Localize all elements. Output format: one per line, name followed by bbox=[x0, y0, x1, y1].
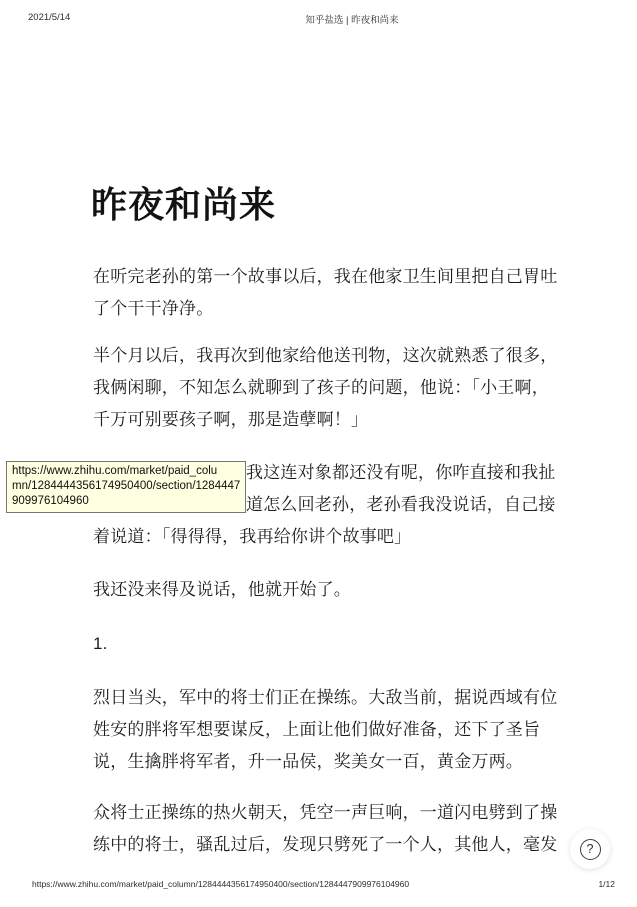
paragraph-line: 着说道：「得得得，我再给你讲个故事吧」 bbox=[93, 521, 556, 553]
paragraph-1: 在听完老孙的第一个故事以后，我在他家卫生间里把自己胃吐 了个干干净净。 bbox=[93, 261, 557, 325]
paragraph-line: 千万可别要孩子啊，那是造孽啊！」 bbox=[93, 404, 557, 436]
section-number: 1. bbox=[93, 628, 108, 660]
question-mark-icon: ? bbox=[580, 839, 601, 860]
paragraph-line: 众将士正操练的热火朝天，凭空一声巨响，一道闪电劈到了操 bbox=[93, 797, 557, 829]
paragraph-line: 烈日当头，军中的将士们正在操练。大敌当前，据说西域有位 bbox=[93, 682, 557, 714]
paragraph-line: 姓安的胖将军想要谋反，上面让他们做好准备，还下了圣旨 bbox=[93, 714, 557, 746]
article-title: 昨夜和尚来 bbox=[91, 184, 276, 226]
paragraph-line: 半个月以后，我再次到他家给他送刊物，这次就熟悉了很多， bbox=[93, 340, 557, 372]
paragraph-line: 在听完老孙的第一个故事以后，我在他家卫生间里把自己胃吐 bbox=[93, 261, 557, 293]
paragraph-line: 练中的将士，骚乱过后，发现只劈死了一个人，其他人，毫发 bbox=[93, 829, 557, 861]
tooltip-url-line: 909976104960 bbox=[12, 494, 240, 509]
paragraph-5: 烈日当头，军中的将士们正在操练。大敌当前，据说西域有位 姓安的胖将军想要谋反，上… bbox=[93, 682, 557, 778]
tooltip-url-line: mn/1284444356174950400/section/1284447 bbox=[12, 479, 240, 494]
paragraph-6: 众将士正操练的热火朝天，凭空一声巨响，一道闪电劈到了操 练中的将士，骚乱过后，发… bbox=[93, 797, 557, 861]
link-url-tooltip: https://www.zhihu.com/market/paid_colu m… bbox=[6, 461, 246, 513]
section-number-text: 1. bbox=[93, 628, 108, 660]
paragraph-line: 我还没来得及说话，他就开始了。 bbox=[93, 574, 351, 606]
paragraph-line: 我俩闲聊，不知怎么就聊到了孩子的问题，他说：「小王啊， bbox=[93, 372, 557, 404]
paragraph-4: 我还没来得及说话，他就开始了。 bbox=[93, 574, 351, 606]
help-button[interactable]: ? bbox=[570, 829, 610, 869]
question-mark-glyph: ? bbox=[587, 842, 594, 856]
paragraph-line-partially-covered: 道怎么回老孙，老孙看我没说话，自己接 bbox=[246, 489, 556, 521]
paragraph-line-partially-covered: 我这连对象都还没有呢，你咋直接和我扯 bbox=[246, 457, 556, 489]
tooltip-url-line: https://www.zhihu.com/market/paid_colu bbox=[12, 464, 240, 479]
paragraph-2: 半个月以后，我再次到他家给他送刊物，这次就熟悉了很多， 我俩闲聊，不知怎么就聊到… bbox=[93, 340, 557, 436]
paragraph-line: 了个干干净净。 bbox=[93, 293, 557, 325]
paragraph-line: 说，生擒胖将军者，升一品侯，奖美女一百，黄金万两。 bbox=[93, 746, 557, 778]
print-header-date: 2021/5/14 bbox=[28, 12, 70, 23]
print-page: 2021/5/14 知乎盐选 | 昨夜和尚来 昨夜和尚来 在听完老孙的第一个故事… bbox=[0, 0, 637, 907]
print-header-title: 知乎盐选 | 昨夜和尚来 bbox=[305, 12, 398, 26]
print-footer-url: https://www.zhihu.com/market/paid_column… bbox=[32, 879, 409, 889]
page-number: 1/12 bbox=[598, 879, 615, 889]
